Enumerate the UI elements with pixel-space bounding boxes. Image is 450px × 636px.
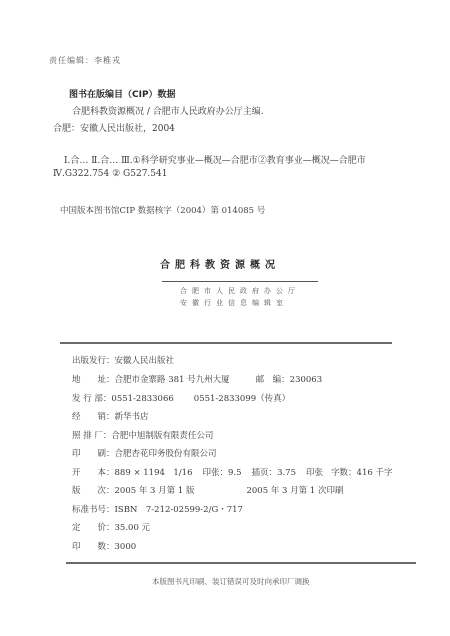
print-run-row: 印 数：3000 [72, 540, 136, 552]
inserts-unit: 印张 [306, 468, 323, 478]
cip-title-line: 合肥科教资源概况 / 合肥市人民政府办公厅主编. [72, 104, 264, 117]
edition-value: 2005 年 3 月第 1 版 [115, 486, 195, 496]
responsible-editor-name: 李稚戎 [94, 56, 121, 65]
edition-label: 版 次： [72, 484, 115, 496]
isbn-row: 标准书号：ISBN 7-212-02599-2/G・717 [72, 503, 243, 515]
distributor-label: 经 销： [72, 410, 115, 422]
isbn-label: 标准书号： [72, 503, 115, 515]
distributor-value: 新华书店 [115, 412, 149, 422]
distributor-row: 经 销：新华书店 [72, 410, 149, 422]
cip-publisher-line: 合肥：安徽人民出版社，2004 [53, 121, 175, 134]
distribution-phone: 0551-2833066 [111, 394, 173, 404]
responsible-editor-label: 责任编辑： [49, 56, 94, 65]
print-run-label: 印 数： [72, 540, 115, 552]
address-value: 合肥市金寨路 381 号九州大厦 [115, 375, 230, 385]
printing-value: 2005 年 3 月第 1 次印刷 [246, 486, 343, 496]
responsible-editor: 责任编辑：李稚戎 [49, 55, 121, 66]
publisher-row: 出版发行：安徽人民出版社 [72, 354, 174, 366]
book-title: 合肥科教资源概况 [160, 256, 280, 271]
edition-row: 版 次：2005 年 3 月第 1 版2005 年 3 月第 1 次印刷 [72, 484, 343, 496]
inserts-label: 插页： [252, 468, 278, 478]
postcode-value: 230063 [290, 375, 322, 385]
distribution-dept-row: 发 行 部：0551-28330660551-2833099（传真） [72, 392, 290, 404]
printer-row: 印 刷：合肥杏花印务股份有限公司 [72, 447, 217, 459]
postcode-label: 邮 编： [256, 375, 290, 385]
editor-org-1: 合肥市人民政府办公厅 [180, 286, 300, 296]
distribution-fax: 0551-2833099（传真） [194, 394, 290, 404]
inserts-value: 3.75 [277, 468, 296, 478]
format-row: 开 本：889 × 1194 1/16印张：9.5插页：3.75印张字数：416… [72, 466, 392, 478]
price-value: 35.00 元 [115, 523, 151, 533]
print-run-value: 3000 [115, 542, 137, 552]
sheets-label: 印张： [203, 468, 229, 478]
colophon-top-divider [60, 342, 392, 344]
price-row: 定 价：35.00 元 [72, 521, 150, 533]
sheets-value: 9.5 [228, 468, 242, 478]
editor-org-2: 安徽行业信息编辑室 [180, 298, 288, 308]
cip-classification-line: Ⅳ.G322.754 ② G527.541 [53, 169, 167, 179]
typesetter-row: 照 排 厂：合肥中旭制版有限责任公司 [72, 429, 213, 441]
cip-check-number: 中国版本图书馆CIP 数据核字（2004）第 014085 号 [60, 204, 265, 216]
cip-subject-line: Ⅰ.合… Ⅱ.合… Ⅲ.①科学研究事业—概况—合肥市②教育事业—概况—合肥市 [64, 153, 366, 166]
colophon-bottom-divider [66, 562, 416, 564]
printer-value: 合肥杏花印务股份有限公司 [115, 449, 217, 459]
publisher-label: 出版发行： [72, 354, 115, 366]
isbn-value: ISBN 7-212-02599-2/G・717 [115, 505, 243, 515]
footer-note: 本版图书凡印刷、装订错误可及时向承印厂调换 [152, 576, 310, 587]
words-value: 416 千字 [357, 468, 393, 478]
distribution-dept-label: 发 行 部： [72, 392, 111, 404]
typesetter-value: 合肥中旭制版有限责任公司 [111, 431, 213, 441]
address-label: 地 址： [72, 373, 115, 385]
title-divider [162, 281, 318, 282]
publisher-value: 安徽人民出版社 [115, 356, 175, 366]
price-label: 定 价： [72, 521, 115, 533]
words-label: 字数： [331, 468, 357, 478]
typesetter-label: 照 排 厂： [72, 429, 111, 441]
format-label: 开 本： [72, 466, 115, 478]
format-size: 889 × 1194 1/16 [115, 468, 193, 478]
printer-label: 印 刷： [72, 447, 115, 459]
address-row: 地 址：合肥市金寨路 381 号九州大厦邮 编：230063 [72, 373, 322, 385]
cip-heading: 图书在版编目（CIP）数据 [69, 87, 176, 100]
